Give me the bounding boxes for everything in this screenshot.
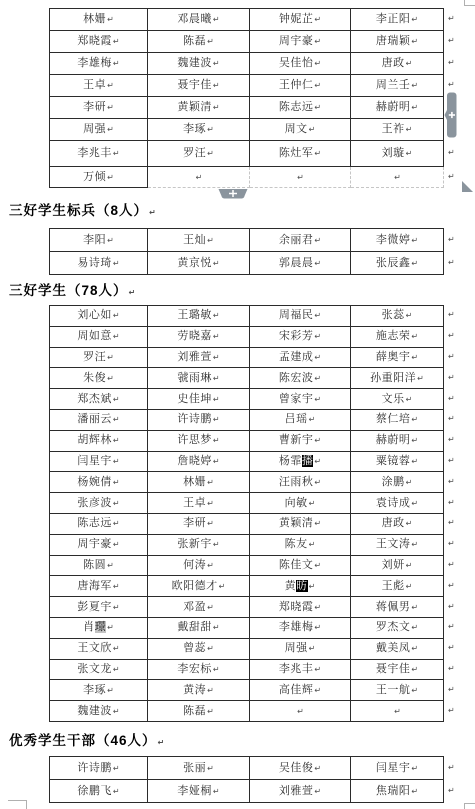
row-end-mark: ↵ — [448, 435, 455, 444]
row-end-mark: ↵ — [448, 477, 455, 486]
table-cell: 聂宇佳↵ — [148, 75, 250, 97]
student-name: 陈磊 — [183, 35, 206, 47]
row-end-mark: ↵ — [448, 763, 455, 772]
student-name: 李微婷 — [376, 234, 411, 246]
student-name: 周宇豪 — [77, 538, 112, 550]
table-cell: 张彦波↵ — [50, 493, 148, 514]
table-cell: 魏建波↵ — [50, 701, 148, 722]
row-end-mark: ↵ — [448, 14, 455, 23]
student-name: 余丽君 — [279, 234, 314, 246]
table-cell: 许诗鹏↵ — [148, 409, 250, 430]
pilcrow-mark: ↵ — [113, 415, 120, 424]
table-cell: 王文涛↵ — [351, 534, 444, 555]
table-cell: 李雄梅↵ — [250, 617, 351, 638]
pilcrow-mark: ↵ — [314, 603, 321, 612]
row-end-mark: ↵ — [448, 581, 455, 590]
table-row: 许诗鹏↵张丽↵吴佳俊↵闫星宇↵ — [50, 757, 444, 780]
pilcrow-mark: ↵ — [207, 686, 214, 695]
row-end-mark: ↵ — [448, 456, 455, 465]
student-name: 吴佳怡 — [279, 57, 314, 69]
table-row: 罗汪↵刘雅萱↵孟建成↵薛奥宇↵ — [50, 347, 444, 368]
pilcrow-mark: ↵ — [113, 665, 120, 674]
student-name: 王仲仁 — [279, 79, 314, 91]
table-cell: 许思梦↵ — [148, 430, 250, 451]
student-name: 劳晓嘉 — [177, 330, 212, 342]
table-cell: 王文欣↵ — [50, 638, 148, 659]
table-cell: 焦瑞阳↵ — [351, 780, 444, 803]
student-name: 李兆丰 — [77, 147, 112, 159]
student-name: 郑杰斌 — [77, 393, 112, 405]
table-cell: 戴美凤↵ — [351, 638, 444, 659]
pilcrow-mark: ↵ — [314, 311, 321, 320]
student-name: 罗汪 — [83, 351, 106, 363]
heading-sanhao-biaobing: 三好学生标兵（8人）↵ — [9, 199, 157, 219]
table-row: 李研↵黄颖清↵陈志远↵赫蔚明↵ — [50, 97, 444, 119]
table-cell: 张文龙↵ — [50, 659, 148, 680]
pilcrow-mark: ↵ — [113, 311, 120, 320]
student-name: 周强 — [285, 642, 308, 654]
row-end-mark: ↵ — [448, 80, 455, 89]
pilcrow-mark: ↵ — [113, 603, 120, 612]
student-name: 王卓 — [183, 497, 206, 509]
pilcrow-mark: ↵ — [309, 125, 316, 134]
pilcrow-mark: ↵ — [314, 236, 321, 245]
pilcrow-mark: ↵ — [406, 519, 413, 528]
student-name: 黄颖清 — [177, 101, 212, 113]
table-cell: 袁诗成↵ — [351, 493, 444, 514]
row-end-mark: ↵ — [448, 518, 455, 527]
table-cell: 王卓↵ — [148, 493, 250, 514]
student-name: 戴甜甜 — [177, 621, 212, 633]
student-name: 蒋佩男 — [376, 601, 411, 613]
row-end-mark: ↵ — [448, 36, 455, 45]
table-cell: 李兆丰↵ — [250, 659, 351, 680]
student-name: 陈圆 — [83, 559, 106, 571]
pilcrow-mark: ↵ — [314, 37, 321, 46]
student-name: 袁诗成 — [376, 497, 411, 509]
pilcrow-mark: ↵ — [113, 395, 120, 404]
student-name: 邓晨曦 — [177, 13, 212, 25]
pilcrow-mark: ↵ — [213, 787, 220, 796]
student-name: 张蕊 — [382, 309, 405, 321]
pilcrow-mark: ↵ — [107, 374, 114, 383]
pilcrow-mark: ↵ — [314, 81, 321, 90]
student-name: 周兰壬 — [376, 79, 411, 91]
student-name: 施志荣 — [376, 330, 411, 342]
table-row: 张文龙↵李宏标↵李兆丰↵聂宇佳↵ — [50, 659, 444, 680]
pilcrow-mark: ↵ — [113, 764, 120, 773]
table-cell: 杨婉倩↵ — [50, 472, 148, 493]
student-name: 李兆丰 — [279, 663, 314, 675]
table-cell: 詹晓婷↵ — [148, 451, 250, 472]
table-row: 肖璟↵戴甜甜↵李雄梅↵罗杰文↵ — [50, 617, 444, 638]
table-cell: 王祚↵ — [351, 119, 444, 141]
pilcrow-mark: ↵ — [113, 332, 120, 341]
table-row: 杨婉倩↵林姗↵汪雨秋↵涂鹏↵ — [50, 472, 444, 493]
pilcrow-mark: ↵ — [207, 37, 214, 46]
student-name: 李娅桐 — [177, 785, 212, 797]
pilcrow-mark: ↵ — [411, 103, 418, 112]
pilcrow-mark: ↵ — [314, 374, 321, 383]
pilcrow-mark: ↵ — [411, 623, 418, 632]
pilcrow-mark: ↵ — [107, 103, 114, 112]
table-cell: 陈宏波↵ — [250, 368, 351, 389]
table-cell: 罗汪↵ — [148, 141, 250, 167]
sanhao-biaobing-table: 李阳↵王灿↵余丽君↵李微婷↵易诗琦↵黄京悦↵郭晨晨↵张辰鑫↵ — [49, 228, 444, 275]
student-name: 陈佳文 — [279, 559, 314, 571]
sanhao-table: 刘心如↵王璐敏↵周福民↵张蕊↵周如意↵劳晓嘉↵宋彩芳↵施志荣↵罗汪↵刘雅萱↵孟建… — [49, 305, 444, 722]
pilcrow-mark: ↵ — [406, 561, 413, 570]
student-name: 张文龙 — [77, 663, 112, 675]
student-name: 黄 — [285, 580, 297, 592]
student-name: 陈磊 — [183, 705, 206, 717]
row-end-mark: ↵ — [448, 394, 455, 403]
table-cell: 曾家宇↵ — [250, 389, 351, 410]
pilcrow-mark: ↵ — [314, 519, 321, 528]
row-end-mark: ↵ — [448, 664, 455, 673]
pilcrow-mark: ↵ — [113, 59, 120, 68]
student-name: 宋彩芳 — [279, 330, 314, 342]
pilcrow-mark: ↵ — [314, 686, 321, 695]
pilcrow-mark: ↵ — [213, 332, 220, 341]
row-end-mark: ↵ — [448, 786, 455, 795]
margin-corner-mark — [464, 0, 465, 6]
table-row: 周强↵李琢↵周文↵王祚↵ — [50, 119, 444, 141]
pilcrow-mark: ↵ — [406, 395, 413, 404]
student-name: 涂鹏 — [382, 476, 405, 488]
pilcrow-mark: ↵ — [394, 173, 401, 182]
student-name: 曹新宇 — [279, 434, 314, 446]
student-name: 聂宇佳 — [376, 663, 411, 675]
student-name: 闫星宇 — [77, 455, 112, 467]
pilcrow-mark: ↵ — [113, 540, 120, 549]
table-cell: ↵ — [250, 701, 351, 722]
pilcrow-mark: ↵ — [297, 707, 304, 716]
table-cell: 郑杰斌↵ — [50, 389, 148, 410]
pilcrow-mark: ↵ — [213, 540, 220, 549]
table-cell: 万倾↵ — [50, 167, 148, 188]
table-cell: 李娅桐↵ — [148, 780, 250, 803]
pilcrow-mark: ↵ — [411, 764, 418, 773]
student-name: 黄涛 — [183, 684, 206, 696]
table-row: 李兆丰↵罗汪↵陈灶军↵刘璇↵ — [50, 141, 444, 167]
student-name: 郑晓霞 — [77, 35, 112, 47]
pilcrow-mark: ↵ — [314, 665, 321, 674]
row-end-mark: ↵ — [448, 560, 455, 569]
table-cell: 刘雅萱↵ — [250, 780, 351, 803]
pilcrow-mark: ↵ — [213, 623, 220, 632]
student-name: 邓盈 — [183, 601, 206, 613]
student-name: 陈灶军 — [279, 147, 314, 159]
student-name: 许诗鹏 — [177, 413, 212, 425]
pilcrow-mark: ↵ — [107, 561, 114, 570]
table-cell: 刘心如↵ — [50, 306, 148, 327]
student-name: 汪雨秋 — [279, 476, 314, 488]
margin-corner-mark — [464, 803, 465, 809]
table-cell: 唐政↵ — [351, 513, 444, 534]
table-cell: 宋彩芳↵ — [250, 326, 351, 347]
table-cell: ↵ — [148, 167, 250, 188]
table-cell: 罗汪↵ — [50, 347, 148, 368]
table-cell: 聂宇佳↵ — [351, 659, 444, 680]
table-cell: 陈志远↵ — [50, 513, 148, 534]
table-row: 朱俊↵虢雨琳↵陈宏波↵孙重阳洋↵ — [50, 368, 444, 389]
student-name: 戴美凤 — [376, 642, 411, 654]
pilcrow-mark: ↵ — [213, 103, 220, 112]
pilcrow-mark: ↵ — [297, 173, 304, 182]
paragraph-mark: ↵ — [158, 738, 166, 747]
pilcrow-mark: ↵ — [314, 457, 321, 466]
table-cell: 唐瑞颖↵ — [351, 31, 444, 53]
student-name: 李琢 — [183, 123, 206, 135]
student-name: 张彦波 — [77, 497, 112, 509]
margin-corner-mark — [26, 800, 27, 809]
pilcrow-mark: ↵ — [411, 436, 418, 445]
pilcrow-mark: ↵ — [113, 499, 120, 508]
pilcrow-mark: ↵ — [411, 353, 418, 362]
pilcrow-mark: ↵ — [411, 332, 418, 341]
pilcrow-mark: ↵ — [196, 173, 203, 182]
table-cell: 周文↵ — [250, 119, 351, 141]
row-end-mark: ↵ — [448, 643, 455, 652]
row-end-mark: ↵ — [448, 331, 455, 340]
table-cell: 文乐↵ — [351, 389, 444, 410]
pilcrow-mark: ↵ — [314, 149, 321, 158]
pilcrow-mark: ↵ — [314, 478, 321, 487]
table-cell: 周强↵ — [250, 638, 351, 659]
table-cell: 王一航↵ — [351, 680, 444, 701]
student-name: 万倾 — [83, 171, 106, 183]
student-name: 陈友 — [285, 538, 308, 550]
student-name: 吕瑶 — [285, 413, 308, 425]
pilcrow-mark: ↵ — [314, 395, 321, 404]
student-name: 唐瑞颖 — [376, 35, 411, 47]
table-row: 闫星宇↵詹晓婷↵杨霏播↵粟镜蓉↵ — [50, 451, 444, 472]
student-name: 李雄梅 — [279, 621, 314, 633]
pilcrow-mark: ↵ — [309, 540, 316, 549]
pilcrow-mark: ↵ — [314, 787, 321, 796]
student-name: 许思梦 — [177, 434, 212, 446]
table-row: 万倾↵↵↵↵ — [50, 167, 444, 188]
table-row: 唐海军↵欧阳德才↵黄昉↵王彪↵ — [50, 576, 444, 597]
student-name: 刘妍 — [382, 559, 405, 571]
table-cell: 蔡仁培↵ — [351, 409, 444, 430]
pilcrow-mark: ↵ — [309, 582, 316, 591]
table-cell: 李正阳↵ — [351, 9, 444, 31]
table-row: 王卓↵聂宇佳↵王仲仁↵周兰壬↵ — [50, 75, 444, 97]
table-row: 周宇豪↵张新宇↵陈友↵王文涛↵ — [50, 534, 444, 555]
student-name: 孟建成 — [279, 351, 314, 363]
table-cell: 余丽君↵ — [250, 229, 351, 252]
table-resize-handle[interactable] — [462, 181, 473, 192]
pilcrow-mark: ↵ — [207, 478, 214, 487]
student-name: 粟镜蓉 — [376, 455, 411, 467]
student-name: 周如意 — [77, 330, 112, 342]
pilcrow-mark: ↵ — [406, 149, 413, 158]
pilcrow-mark: ↵ — [113, 457, 120, 466]
pilcrow-mark: ↵ — [107, 686, 114, 695]
table-cell: 邓盈↵ — [148, 597, 250, 618]
insert-row-button[interactable] — [218, 186, 248, 204]
pilcrow-mark: ↵ — [107, 173, 114, 182]
student-name: 肖 — [83, 621, 95, 633]
student-name: 朱俊 — [83, 372, 106, 384]
pilcrow-mark: ↵ — [107, 81, 114, 90]
row-end-mark: ↵ — [448, 235, 455, 244]
row-end-mark: ↵ — [448, 148, 455, 157]
table-row: 王文欣↵曾蕊↵周强↵戴美凤↵ — [50, 638, 444, 659]
student-name: 聂宇佳 — [177, 79, 212, 91]
pilcrow-mark: ↵ — [207, 236, 214, 245]
table-cell: 欧阳德才↵ — [148, 576, 250, 597]
pilcrow-mark: ↵ — [314, 436, 321, 445]
table-cell: 周宇豪↵ — [250, 31, 351, 53]
student-name: 李正阳 — [376, 13, 411, 25]
table-row: 李阳↵王灿↵余丽君↵李微婷↵ — [50, 229, 444, 252]
student-name: 唐海军 — [77, 580, 112, 592]
table-cell: 李研↵ — [148, 513, 250, 534]
pilcrow-mark: ↵ — [207, 519, 214, 528]
table-cell: 薛奥宇↵ — [351, 347, 444, 368]
table-cell: 粟镜蓉↵ — [351, 451, 444, 472]
pilcrow-mark: ↵ — [213, 81, 220, 90]
table-cell: 李宏标↵ — [148, 659, 250, 680]
table-cell: 曾蕊↵ — [148, 638, 250, 659]
row-end-mark: ↵ — [448, 498, 455, 507]
row-end-mark: ↵ — [448, 706, 455, 715]
pilcrow-mark: ↵ — [107, 623, 114, 632]
pilcrow-mark: ↵ — [213, 415, 220, 424]
student-name: 王卓 — [83, 79, 106, 91]
table-row: 李琢↵黄涛↵高佳辉↵王一航↵ — [50, 680, 444, 701]
table-cell: 蒋佩男↵ — [351, 597, 444, 618]
student-name: 杨婉倩 — [77, 476, 112, 488]
pilcrow-mark: ↵ — [213, 665, 220, 674]
table-cell: 闫星宇↵ — [351, 757, 444, 780]
pilcrow-mark: ↵ — [314, 15, 321, 24]
table-cell: 李研↵ — [50, 97, 148, 119]
table-cell: 张辰鑫↵ — [351, 252, 444, 275]
highlighted-character: 昉 — [296, 580, 308, 592]
table-cell: 刘妍↵ — [351, 555, 444, 576]
row-end-mark: ↵ — [448, 58, 455, 67]
student-name: 唐政 — [382, 517, 405, 529]
pilcrow-mark: ↵ — [411, 81, 418, 90]
table-row: 李雄梅↵魏建波↵吴佳怡↵唐政↵ — [50, 53, 444, 75]
insert-column-button[interactable] — [444, 92, 457, 143]
table-cell: 李琢↵ — [50, 680, 148, 701]
pilcrow-mark: ↵ — [107, 236, 114, 245]
student-name: 王文欣 — [77, 642, 112, 654]
pilcrow-mark: ↵ — [411, 457, 418, 466]
table-cell: ↵ — [351, 701, 444, 722]
student-name: 黄颖清 — [279, 517, 314, 529]
pilcrow-mark: ↵ — [411, 665, 418, 674]
student-name: 罗汪 — [183, 147, 206, 159]
table-cell: 李兆丰↵ — [50, 141, 148, 167]
table-cell: 周兰壬↵ — [351, 75, 444, 97]
table-cell: 罗杰文↵ — [351, 617, 444, 638]
highlighted-character: 播 — [302, 455, 314, 467]
pilcrow-mark: ↵ — [314, 353, 321, 362]
pilcrow-mark: ↵ — [207, 707, 214, 716]
table-cell: 易诗琦↵ — [50, 252, 148, 275]
student-name: 陈志远 — [77, 517, 112, 529]
pilcrow-mark: ↵ — [213, 395, 220, 404]
table-cell: 黄颖清↵ — [148, 97, 250, 119]
table-row: 郑晓霞↵陈磊↵周宇豪↵唐瑞颖↵ — [50, 31, 444, 53]
pilcrow-mark: ↵ — [113, 259, 120, 268]
table-cell: 唐政↵ — [351, 53, 444, 75]
table-cell: 郑晓霞↵ — [50, 31, 148, 53]
student-name: 蔡仁培 — [376, 413, 411, 425]
margin-corner-mark — [464, 5, 475, 6]
pilcrow-mark: ↵ — [314, 59, 321, 68]
student-name: 周福民 — [279, 309, 314, 321]
youxiu-ganbu-table: 许诗鹏↵张丽↵吴佳俊↵闫星宇↵徐鹏飞↵李娅桐↵刘雅萱↵焦瑞阳↵ — [49, 756, 444, 803]
row-end-mark: ↵ — [448, 602, 455, 611]
pilcrow-mark: ↵ — [411, 499, 418, 508]
pilcrow-mark: ↵ — [113, 519, 120, 528]
pilcrow-mark: ↵ — [411, 686, 418, 695]
pilcrow-mark: ↵ — [417, 374, 424, 383]
table-cell: 周福民↵ — [250, 306, 351, 327]
table-cell: 陈磊↵ — [148, 701, 250, 722]
student-name: 王祚 — [382, 123, 405, 135]
student-name: 周宇豪 — [279, 35, 314, 47]
student-name: 罗杰文 — [376, 621, 411, 633]
student-name: 刘心如 — [77, 309, 112, 321]
table-row: 周如意↵劳晓嘉↵宋彩芳↵施志荣↵ — [50, 326, 444, 347]
table-cell: 肖璟↵ — [50, 617, 148, 638]
table-row: 徐鹏飞↵李娅桐↵刘雅萱↵焦瑞阳↵ — [50, 780, 444, 803]
student-name: 张丽 — [183, 762, 206, 774]
student-name: 詹晓婷 — [177, 455, 212, 467]
table-cell: 何涛↵ — [148, 555, 250, 576]
pilcrow-mark: ↵ — [411, 415, 418, 424]
table-row: 刘心如↵王璐敏↵周福民↵张蕊↵ — [50, 306, 444, 327]
student-name: 史佳坤 — [177, 393, 212, 405]
table-cell: 周强↵ — [50, 119, 148, 141]
pilcrow-mark: ↵ — [213, 259, 220, 268]
heading-text: 三好学生标兵（8人） — [9, 203, 148, 218]
student-name: 周强 — [83, 123, 106, 135]
margin-corner-mark — [464, 803, 475, 804]
row-end-mark: ↵ — [448, 539, 455, 548]
table-cell: 张丽↵ — [148, 757, 250, 780]
student-name: 魏建波 — [177, 57, 212, 69]
student-name: 黄京悦 — [177, 257, 212, 269]
pilcrow-mark: ↵ — [411, 236, 418, 245]
table-row: 陈圆↵何涛↵陈佳文↵刘妍↵ — [50, 555, 444, 576]
student-name: 钟妮芷 — [279, 13, 314, 25]
row-end-mark: ↵ — [448, 373, 455, 382]
pilcrow-mark: ↵ — [213, 436, 220, 445]
table-cell: 李阳↵ — [50, 229, 148, 252]
row-end-mark: ↵ — [448, 414, 455, 423]
pilcrow-mark: ↵ — [107, 125, 114, 134]
table-row: 郑杰斌↵史佳坤↵曾家宇↵文乐↵ — [50, 389, 444, 410]
table-cell: 郑晓霞↵ — [250, 597, 351, 618]
student-name: 易诗琦 — [77, 257, 112, 269]
table-cell: 陈圆↵ — [50, 555, 148, 576]
pilcrow-mark: ↵ — [309, 499, 316, 508]
student-name: 张新宇 — [177, 538, 212, 550]
table-cell: 高佳辉↵ — [250, 680, 351, 701]
student-name: 李阳 — [83, 234, 106, 246]
pilcrow-mark: ↵ — [406, 125, 413, 134]
table-cell: 黄颖清↵ — [250, 513, 351, 534]
